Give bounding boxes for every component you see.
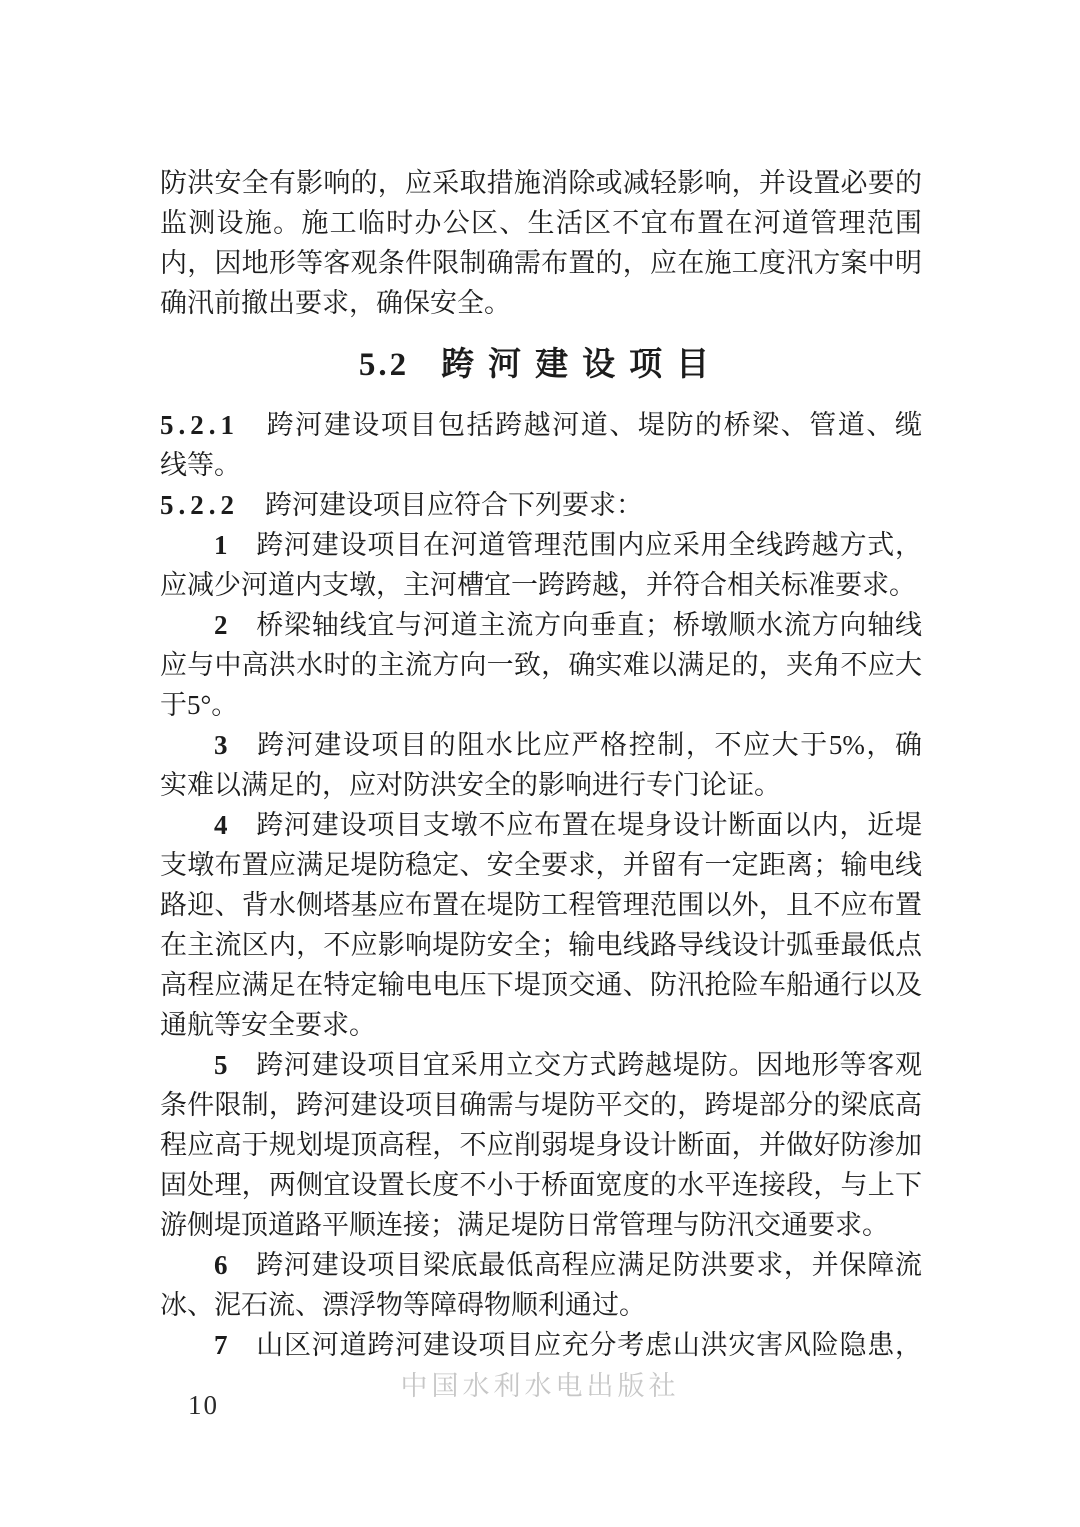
section-heading: 5.2跨河建设项目 <box>160 343 922 387</box>
item-text: 跨河建设项目支墩不应布置在堤身设计断面以内，近堤 <box>256 810 923 840</box>
item-text: 桥梁轴线宜与河道主流方向垂直；桥墩顺水流方向轴线 <box>256 610 923 640</box>
item-number: 2 <box>214 610 228 640</box>
item-line: 路迎、背水侧塔基应布置在堤防工程管理范围以外，且不应布置 <box>160 885 922 925</box>
item-number: 3 <box>214 730 228 760</box>
item-line: 通航等安全要求。 <box>160 1005 922 1045</box>
list-item-4: 4跨河建设项目支墩不应布置在堤身设计断面以内，近堤 支墩布置应满足堤防稳定、安全… <box>160 805 922 1045</box>
paragraph-line: 确汛前撤出要求，确保安全。 <box>160 283 922 323</box>
item-line: 游侧堤顶道路平顺连接；满足堤防日常管理与防汛交通要求。 <box>160 1205 922 1245</box>
clause-5-2-1: 5.2.1跨河建设项目包括跨越河道、堤防的桥梁、管道、缆 线等。 <box>160 405 922 485</box>
item-first-line: 1跨河建设项目在河道管理范围内应采用全线跨越方式， <box>160 525 922 565</box>
item-first-line: 5跨河建设项目宜采用立交方式跨越堤防。因地形等客观 <box>160 1045 922 1085</box>
item-first-line: 6跨河建设项目梁底最低高程应满足防洪要求，并保障流 <box>160 1245 922 1285</box>
paragraph-line: 内，因地形等客观条件限制确需布置的，应在施工度汛方案中明 <box>160 243 922 283</box>
item-line: 在主流区内，不应影响堤防安全；输电线路导线设计弧垂最低点 <box>160 925 922 965</box>
list-item-6: 6跨河建设项目梁底最低高程应满足防洪要求，并保障流 冰、泥石流、漂浮物等障碍物顺… <box>160 1245 922 1325</box>
item-first-line: 4跨河建设项目支墩不应布置在堤身设计断面以内，近堤 <box>160 805 922 845</box>
list-item-1: 1跨河建设项目在河道管理范围内应采用全线跨越方式， 应减少河道内支墩，主河槽宜一… <box>160 525 922 605</box>
clause-5-2-2: 5.2.2跨河建设项目应符合下列要求： <box>160 485 922 525</box>
section-title: 跨河建设项目 <box>441 347 723 383</box>
clause-text: 跨河建设项目包括跨越河道、堤防的桥梁、管道、缆 <box>265 410 922 440</box>
item-text: 跨河建设项目在河道管理范围内应采用全线跨越方式， <box>256 530 923 560</box>
paragraph-line: 防洪安全有影响的，应采取措施消除或减轻影响，并设置必要的 <box>160 163 922 203</box>
item-line: 固处理，两侧宜设置长度不小于桥面宽度的水平连接段，与上下 <box>160 1165 922 1205</box>
item-number: 4 <box>214 810 228 840</box>
clause-text: 跨河建设项目应符合下列要求： <box>265 490 643 520</box>
item-number: 6 <box>214 1250 228 1280</box>
publisher-watermark: 中国水利水电出版社 <box>0 1364 1080 1403</box>
clause-first-line: 5.2.2跨河建设项目应符合下列要求： <box>160 485 922 525</box>
item-first-line: 2桥梁轴线宜与河道主流方向垂直；桥墩顺水流方向轴线 <box>160 605 922 645</box>
document-page: { "page": { "number": "10", "watermark":… <box>0 0 1080 1527</box>
page-number: 10 <box>188 1390 219 1421</box>
item-text: 山区河道跨河建设项目应充分考虑山洪灾害风险隐患， <box>256 1330 923 1360</box>
page-body: 防洪安全有影响的，应采取措施消除或减轻影响，并设置必要的 监测设施。施工临时办公… <box>160 163 922 1365</box>
item-number: 7 <box>214 1330 228 1360</box>
intro-paragraph: 防洪安全有影响的，应采取措施消除或减轻影响，并设置必要的 监测设施。施工临时办公… <box>160 163 922 323</box>
item-number: 5 <box>214 1050 228 1080</box>
item-line: 条件限制，跨河建设项目确需与堤防平交的，跨堤部分的梁底高 <box>160 1085 922 1125</box>
item-line: 应减少河道内支墩，主河槽宜一跨跨越，并符合相关标准要求。 <box>160 565 922 605</box>
list-item-5: 5跨河建设项目宜采用立交方式跨越堤防。因地形等客观 条件限制，跨河建设项目确需与… <box>160 1045 922 1245</box>
item-text: 跨河建设项目梁底最低高程应满足防洪要求，并保障流 <box>256 1250 923 1280</box>
item-number: 1 <box>214 530 228 560</box>
item-text: 跨河建设项目宜采用立交方式跨越堤防。因地形等客观 <box>256 1050 923 1080</box>
item-first-line: 7山区河道跨河建设项目应充分考虑山洪灾害风险隐患， <box>160 1325 922 1365</box>
clause-number: 5.2.1 <box>160 410 239 440</box>
item-line: 应与中高洪水时的主流方向一致，确实难以满足的，夹角不应大 <box>160 645 922 685</box>
item-line: 高程应满足在特定输电电压下堤顶交通、防汛抢险车船通行以及 <box>160 965 922 1005</box>
item-line: 程应高于规划堤顶高程，不应削弱堤身设计断面，并做好防渗加 <box>160 1125 922 1165</box>
list-item-2: 2桥梁轴线宜与河道主流方向垂直；桥墩顺水流方向轴线 应与中高洪水时的主流方向一致… <box>160 605 922 725</box>
clause-first-line: 5.2.1跨河建设项目包括跨越河道、堤防的桥梁、管道、缆 <box>160 405 922 445</box>
item-first-line: 3跨河建设项目的阻水比应严格控制，不应大于5%，确 <box>160 725 922 765</box>
item-text: 跨河建设项目的阻水比应严格控制，不应大于5%，确 <box>256 730 923 760</box>
section-number: 5.2 <box>359 347 409 383</box>
item-line: 实难以满足的，应对防洪安全的影响进行专门论证。 <box>160 765 922 805</box>
item-line: 支墩布置应满足堤防稳定、安全要求，并留有一定距离；输电线 <box>160 845 922 885</box>
clause-line: 线等。 <box>160 445 922 485</box>
item-line: 于5°。 <box>160 685 922 725</box>
list-item-3: 3跨河建设项目的阻水比应严格控制，不应大于5%，确 实难以满足的，应对防洪安全的… <box>160 725 922 805</box>
clause-number: 5.2.2 <box>160 490 239 520</box>
paragraph-line: 监测设施。施工临时办公区、生活区不宜布置在河道管理范围 <box>160 203 922 243</box>
list-item-7: 7山区河道跨河建设项目应充分考虑山洪灾害风险隐患， <box>160 1325 922 1365</box>
item-line: 冰、泥石流、漂浮物等障碍物顺利通过。 <box>160 1285 922 1325</box>
